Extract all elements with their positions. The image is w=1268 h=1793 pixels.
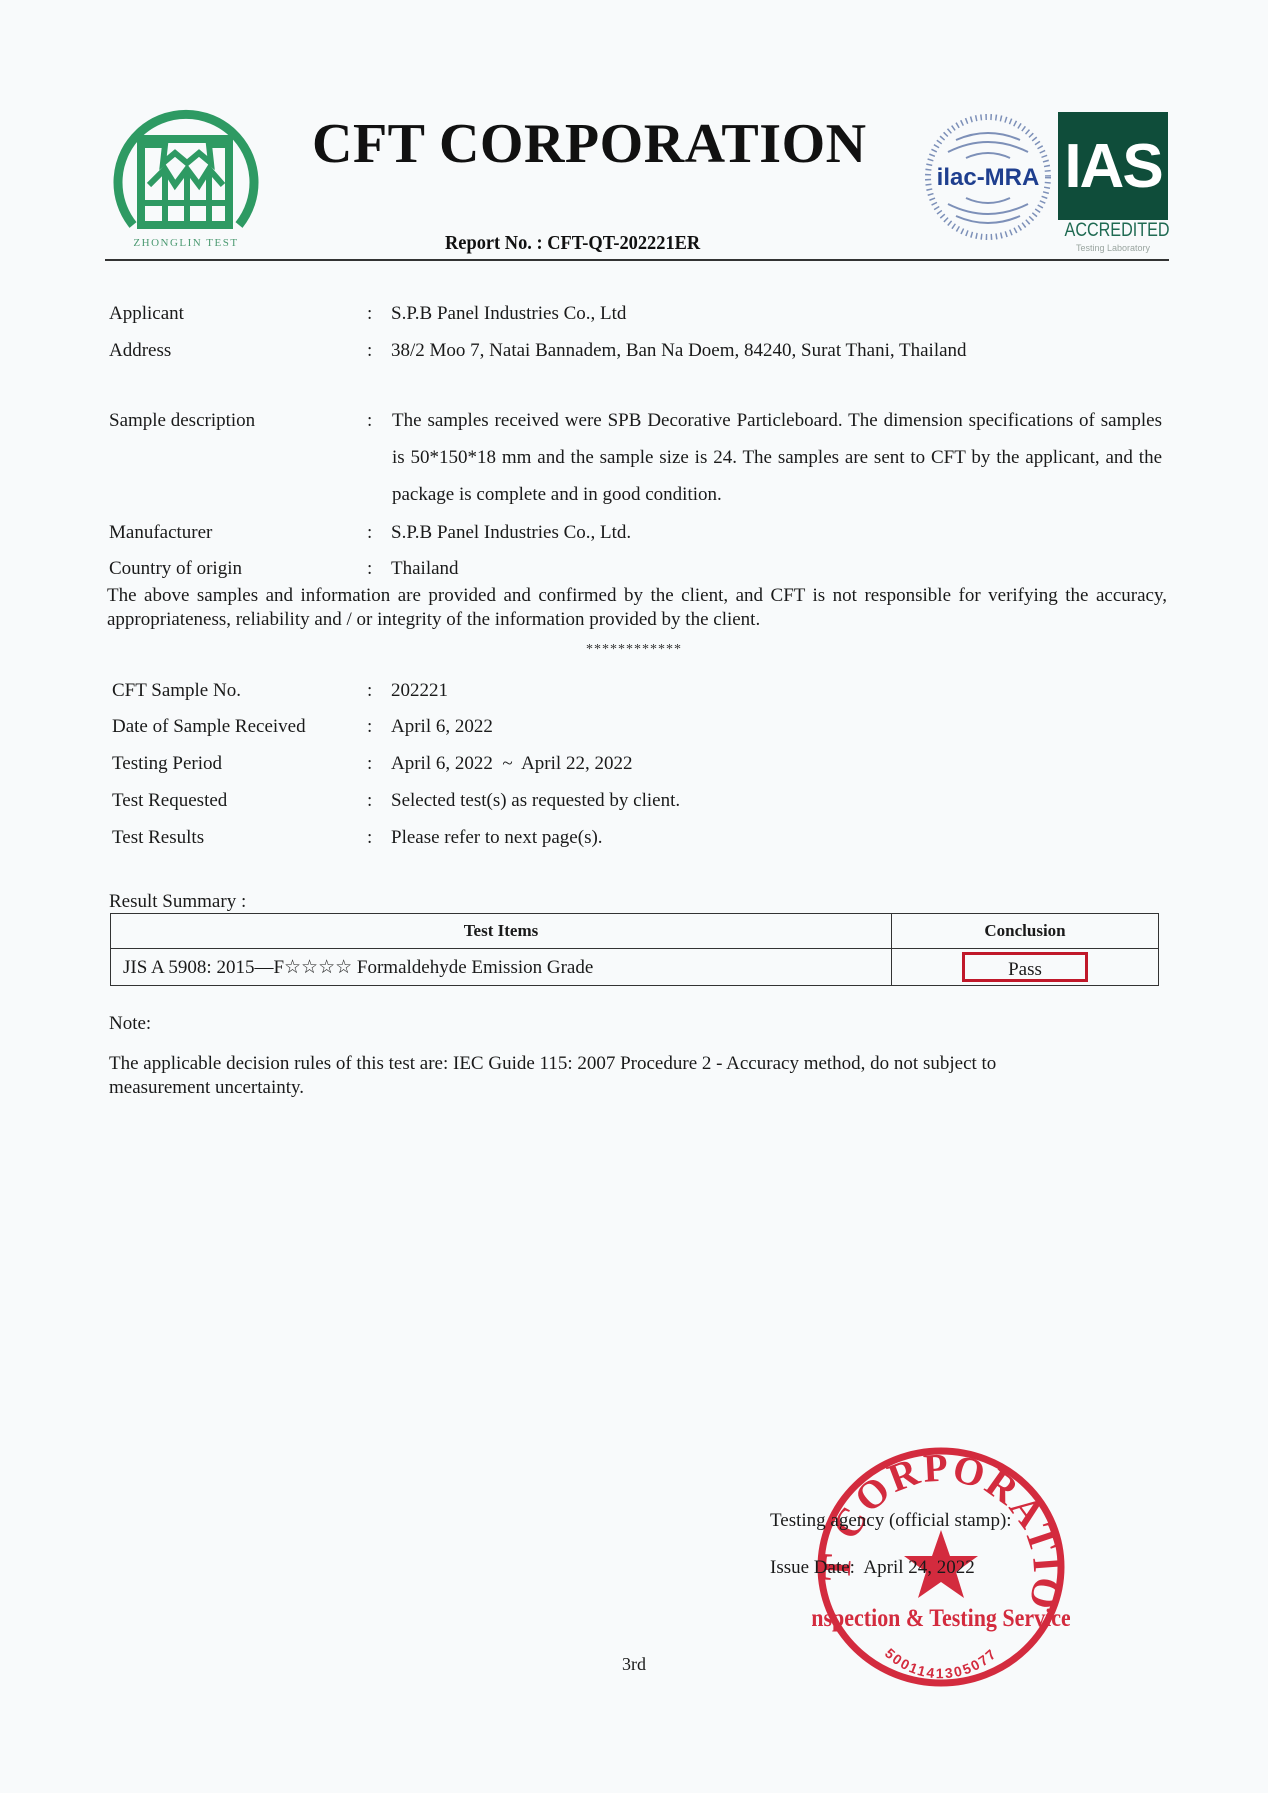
note-label: Note: xyxy=(109,1013,151,1035)
field-value: Thailand xyxy=(391,557,459,581)
field-label: Manufacturer xyxy=(109,521,212,545)
page-number: 3rd xyxy=(0,1654,1268,1675)
column-header-test-items: Test Items xyxy=(111,914,892,949)
logo-caption: ZHONGLIN TEST xyxy=(96,237,276,249)
field-value: April 6, 2022 xyxy=(391,715,493,739)
note-text: The applicable decision rules of this te… xyxy=(109,1052,1089,1100)
svg-text:ilac-MRA: ilac-MRA xyxy=(937,164,1040,191)
test-item-cell: JIS A 5908: 2015—F☆☆☆☆ Formaldehyde Emis… xyxy=(111,949,892,986)
field-label: Country of origin xyxy=(109,557,242,581)
company-name: CFT CORPORATION xyxy=(312,112,867,176)
field-label: Test Results xyxy=(112,826,204,850)
report-number: Report No. : CFT-QT-202221ER xyxy=(445,232,700,255)
field-label: Address xyxy=(109,339,171,363)
field-value: April 6, 2022 ~ April 22, 2022 xyxy=(391,752,632,776)
header-divider xyxy=(105,259,1169,261)
field-value: Selected test(s) as requested by client. xyxy=(391,789,680,813)
field-label: Testing Period xyxy=(112,752,222,776)
field-label: Date of Sample Received xyxy=(112,715,306,739)
field-label: Test Requested xyxy=(112,789,227,813)
sample-description-value: The samples received were SPB Decorative… xyxy=(392,402,1162,513)
separator: ************ xyxy=(0,642,1268,658)
field-label: Sample description xyxy=(109,409,255,433)
field-value: 38/2 Moo 7, Natai Bannadem, Ban Na Doem,… xyxy=(391,339,967,363)
field-value: 202221 xyxy=(391,679,448,703)
table-row: JIS A 5908: 2015—F☆☆☆☆ Formaldehyde Emis… xyxy=(111,949,1159,986)
issue-date: Issue Date: April 24, 2022 xyxy=(770,1557,975,1579)
result-summary-table: Test Items Conclusion JIS A 5908: 2015—F… xyxy=(110,913,1159,986)
field-value: Please refer to next page(s). xyxy=(391,826,603,850)
conclusion-cell: Pass xyxy=(892,949,1159,986)
field-label: CFT Sample No. xyxy=(112,679,241,703)
ias-accredited-label: ACCREDITED xyxy=(1065,220,1162,242)
field-label: Applicant xyxy=(109,302,184,326)
result-summary-label: Result Summary : xyxy=(109,891,246,913)
column-header-conclusion: Conclusion xyxy=(892,914,1159,949)
pass-badge: Pass xyxy=(962,952,1088,982)
zhonglin-test-logo xyxy=(105,105,267,255)
testing-agency-label: Testing agency (official stamp): xyxy=(770,1510,1012,1532)
ilac-mra-logo: ilac-MRA xyxy=(918,112,1058,242)
svg-text:Inspection & Testing Services: Inspection & Testing Services xyxy=(812,1605,1070,1633)
ias-logo: IAS xyxy=(1058,112,1168,220)
field-value: S.P.B Panel Industries Co., Ltd. xyxy=(391,521,631,545)
ias-sub-label: Testing Laboratory xyxy=(1056,243,1170,253)
disclaimer-text: The above samples and information are pr… xyxy=(107,584,1167,632)
field-value: S.P.B Panel Industries Co., Ltd xyxy=(391,302,626,326)
